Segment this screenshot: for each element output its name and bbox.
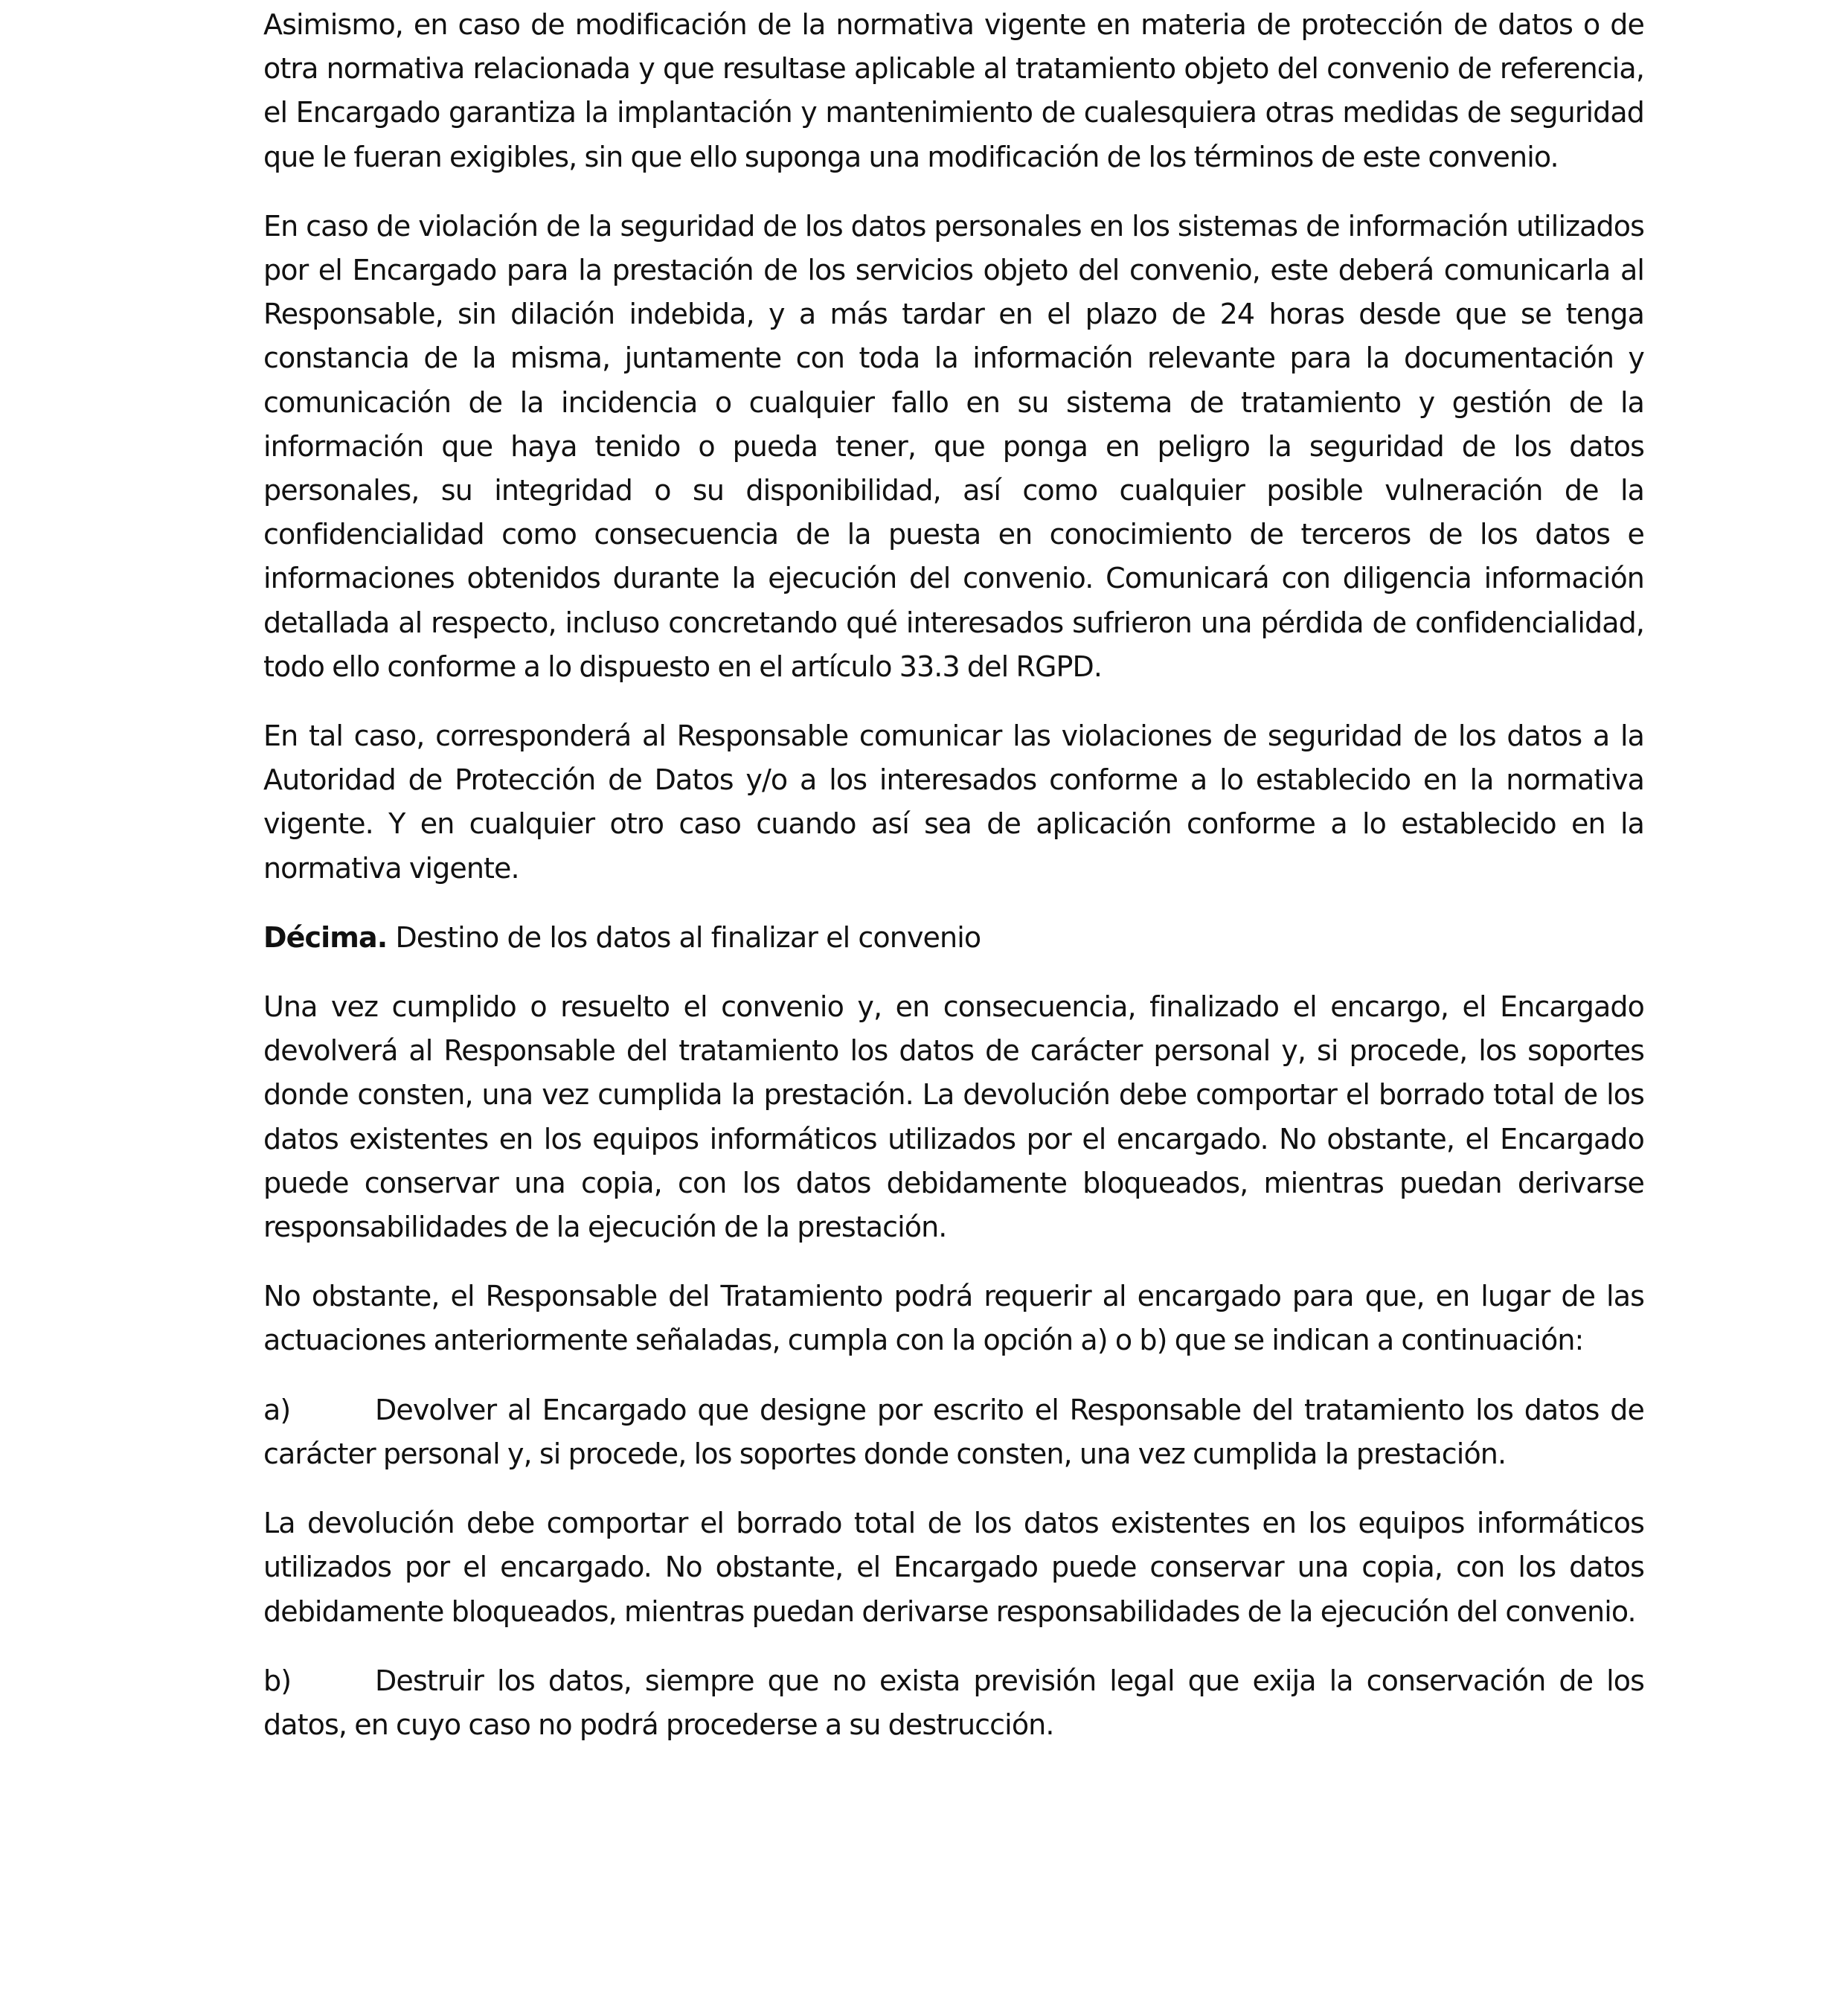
option-b-item: b)Destruir los datos, siempre que no exi…	[263, 1659, 1644, 1747]
option-a-item: a)Devolver al Encargado que designe por …	[263, 1388, 1644, 1476]
option-b-marker: b)	[263, 1659, 375, 1703]
option-b-text: Destruir los datos, siempre que no exist…	[263, 1664, 1644, 1741]
section-number: Décima.	[263, 921, 387, 954]
paragraph-authority-communication: En tal caso, corresponderá al Responsabl…	[263, 714, 1644, 891]
paragraph-option-a-followup: La devolución debe comportar el borrado …	[263, 1501, 1644, 1634]
document-page: Asimismo, en caso de modificación de la …	[263, 3, 1644, 1772]
section-heading-decima: Décima. Destino de los datos al finaliza…	[263, 916, 1644, 960]
option-a-text: Devolver al Encargado que designe por es…	[263, 1394, 1644, 1470]
paragraph-options-intro: No obstante, el Responsable del Tratamie…	[263, 1275, 1644, 1362]
option-a-marker: a)	[263, 1388, 375, 1432]
section-title: Destino de los datos al finalizar el con…	[395, 921, 981, 954]
paragraph-data-return: Una vez cumplido o resuelto el convenio …	[263, 985, 1644, 1249]
paragraph-security-breach-notification: En caso de violación de la seguridad de …	[263, 205, 1644, 689]
paragraph-security-measures-update: Asimismo, en caso de modificación de la …	[263, 3, 1644, 179]
